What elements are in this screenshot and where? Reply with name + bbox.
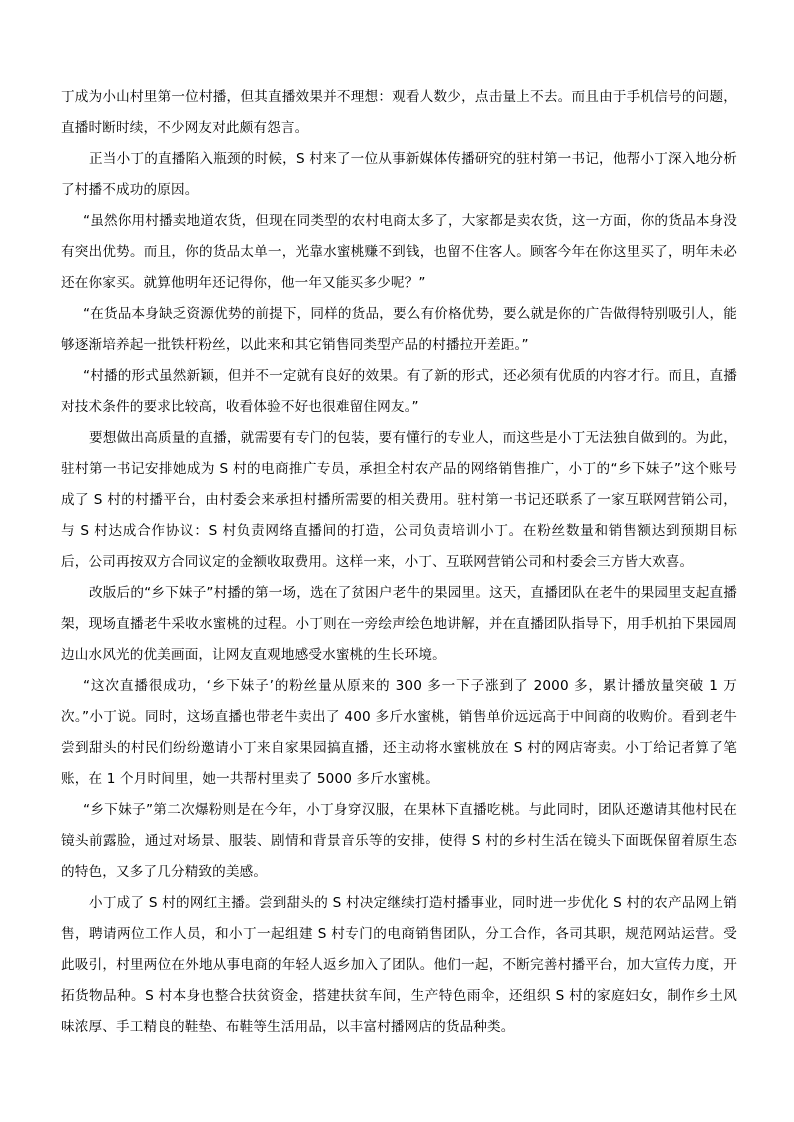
paragraph-quote-product-advantage: “虽然你用村播卖地道农货，但现在同类型的农村电商太多了，大家都是卖农货，这一方面…	[61, 206, 737, 299]
paragraph-quote-price-or-ads: “在货品本身缺乏资源优势的前提下，同样的货品，要么有价格优势，要么就是你的广告做…	[61, 299, 737, 361]
paragraph-professional-packaging: 要想做出高质量的直播，就需要有专门的包装，要有懂行的专业人，而这些是小丁无法独自…	[61, 423, 737, 578]
paragraph-continuation: 丁成为小山村里第一位村播，但其直播效果并不理想：观看人数少，点击量上不去。而且由…	[61, 82, 737, 144]
paragraph-quote-success-results: “这次直播很成功，‘乡下妹子’的粉丝量从原来的 300 多一下子涨到了 2000…	[61, 671, 737, 795]
paragraph-secretary-arrives: 正当小丁的直播陷入瓶颈的时候，S 村来了一位从事新媒体传播研究的驻村第一书记，他…	[61, 144, 737, 206]
document-page: 丁成为小山村里第一位村播，但其直播效果并不理想：观看人数少，点击量上不去。而且由…	[61, 82, 737, 1043]
paragraph-quote-content-quality: “村播的形式虽然新颖，但并不一定就有良好的效果。有了新的形式，还必须有优质的内容…	[61, 361, 737, 423]
paragraph-village-expansion: 小丁成了 S 村的网红主播。尝到甜头的 S 村决定继续打造村播事业，同时进一步优…	[61, 888, 737, 1043]
paragraph-second-boom: “乡下妹子”第二次爆粉则是在今年，小丁身穿汉服，在果林下直播吃桃。与此同时，团队…	[61, 795, 737, 888]
paragraph-first-livestream: 改版后的“乡下妹子”村播的第一场，选在了贫困户老牛的果园里。这天，直播团队在老牛…	[61, 578, 737, 671]
